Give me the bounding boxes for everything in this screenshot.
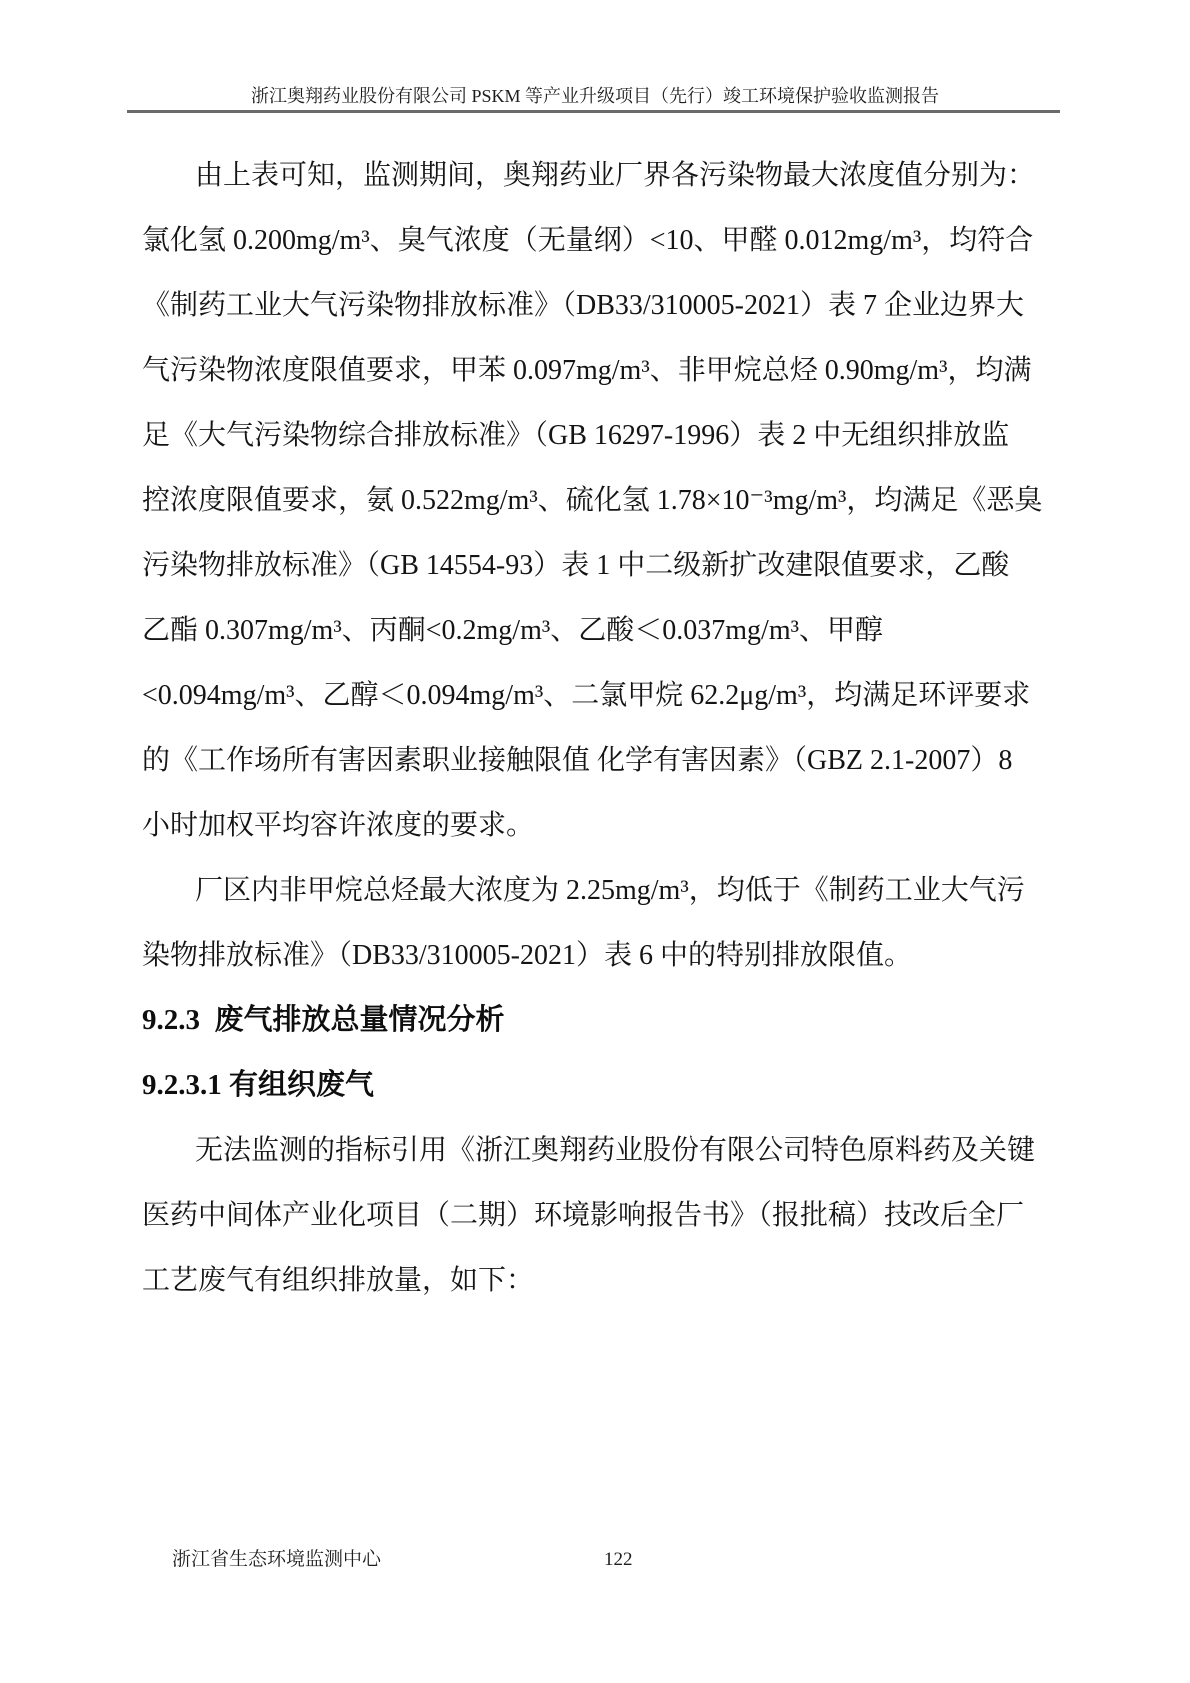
paragraph-line: 的《工作场所有害因素职业接触限值 化学有害因素》（GBZ 2.1-2007）8 xyxy=(142,728,1062,793)
paragraph-line: 《制药工业大气污染物排放标准》（DB33/310005-2021）表 7 企业边… xyxy=(142,273,1062,338)
section-heading-9-2-3: 9.2.3 废气排放总量情况分析 xyxy=(142,988,1062,1053)
footer-organization: 浙江省生态环境监测中心 xyxy=(172,1549,381,1570)
page-header-title: 浙江奥翔药业股份有限公司 PSKM 等产业升级项目（先行）竣工环境保护验收监测报… xyxy=(0,86,1190,106)
paragraph-line: 氯化氢 0.200mg/m³、臭气浓度（无量纲）<10、甲醛 0.012mg/m… xyxy=(142,208,1062,273)
paragraph-line: 厂区内非甲烷总烃最大浓度为 2.25mg/m³，均低于《制药工业大气污 xyxy=(142,858,1062,923)
document-body: 由上表可知，监测期间，奥翔药业厂界各污染物最大浓度值分别为： 氯化氢 0.200… xyxy=(142,143,1062,1313)
paragraph-line: 污染物排放标准》（GB 14554-93）表 1 中二级新扩改建限值要求，乙酸 xyxy=(142,533,1062,598)
paragraph-line: 小时加权平均容许浓度的要求。 xyxy=(142,793,1062,858)
paragraph-line: 医药中间体产业化项目（二期）环境影响报告书》（报批稿）技改后全厂 xyxy=(142,1183,1062,1248)
paragraph-line: <0.094mg/m³、乙醇＜0.094mg/m³、二氯甲烷 62.2μg/m³… xyxy=(142,663,1062,728)
paragraph-line: 气污染物浓度限值要求，甲苯 0.097mg/m³、非甲烷总烃 0.90mg/m³… xyxy=(142,338,1062,403)
header-rule-divider xyxy=(127,110,1060,113)
paragraph-line: 工艺废气有组织排放量，如下： xyxy=(142,1248,1062,1313)
paragraph-line: 控浓度限值要求，氨 0.522mg/m³、硫化氢 1.78×10⁻³mg/m³，… xyxy=(142,468,1062,533)
paragraph-line: 无法监测的指标引用《浙江奥翔药业股份有限公司特色原料药及关键 xyxy=(142,1118,1062,1183)
paragraph-line: 染物排放标准》（DB33/310005-2021）表 6 中的特别排放限值。 xyxy=(142,923,1062,988)
paragraph-2: 厂区内非甲烷总烃最大浓度为 2.25mg/m³，均低于《制药工业大气污 染物排放… xyxy=(142,858,1062,988)
paragraph-line: 由上表可知，监测期间，奥翔药业厂界各污染物最大浓度值分别为： xyxy=(142,143,1062,208)
page-number: 122 xyxy=(604,1549,633,1570)
paragraph-3: 无法监测的指标引用《浙江奥翔药业股份有限公司特色原料药及关键 医药中间体产业化项… xyxy=(142,1118,1062,1313)
section-heading-9-2-3-1: 9.2.3.1 有组织废气 xyxy=(142,1053,1062,1118)
paragraph-1: 由上表可知，监测期间，奥翔药业厂界各污染物最大浓度值分别为： 氯化氢 0.200… xyxy=(142,143,1062,858)
paragraph-line: 乙酯 0.307mg/m³、丙酮<0.2mg/m³、乙酸＜0.037mg/m³、… xyxy=(142,598,1062,663)
document-page: 浙江奥翔药业股份有限公司 PSKM 等产业升级项目（先行）竣工环境保护验收监测报… xyxy=(0,0,1190,1683)
paragraph-line: 足《大气污染物综合排放标准》（GB 16297-1996）表 2 中无组织排放监 xyxy=(142,403,1062,468)
